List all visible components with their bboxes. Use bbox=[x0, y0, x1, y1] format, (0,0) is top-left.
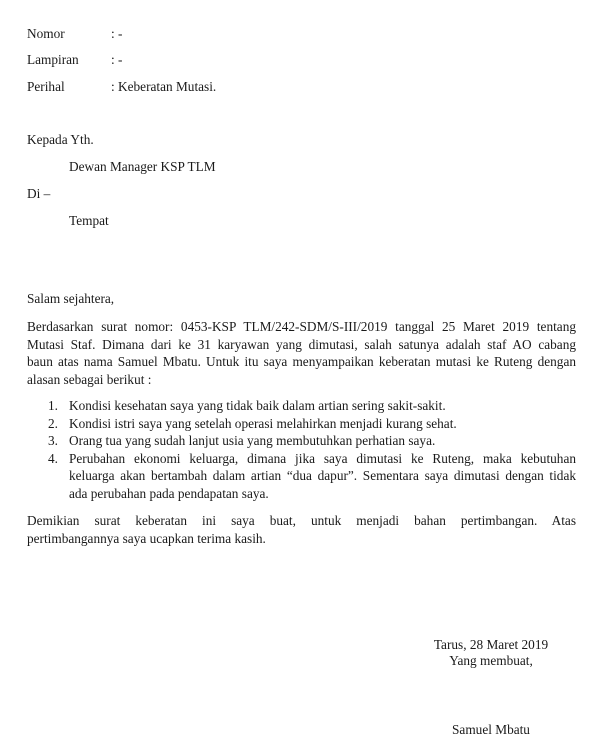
list-number: 2. bbox=[48, 415, 58, 433]
list-text: Perubahan ekonomi keluarga, dimana jika … bbox=[69, 450, 576, 468]
signature-role: Yang membuat, bbox=[380, 653, 601, 669]
closing-paragraph: Demikian surat keberatan ini saya buat, … bbox=[27, 512, 576, 547]
body-line: Berdasarkan surat nomor: 0453-KSP TLM/24… bbox=[27, 318, 576, 336]
body-line: baun atas nama Samuel Mbatu. Untuk itu s… bbox=[27, 353, 576, 371]
closing-line: pertimbangannya saya ucapkan terima kasi… bbox=[27, 530, 576, 548]
list-text: Orang tua yang sudah lanjut usia yang me… bbox=[69, 432, 576, 450]
nomor-label: Nomor bbox=[27, 26, 65, 42]
reasons-list: 1. Kondisi kesehatan saya yang tidak bai… bbox=[48, 397, 576, 502]
list-text: Kondisi kesehatan saya yang tidak baik d… bbox=[69, 397, 576, 415]
closing-line: Demikian surat keberatan ini saya buat, … bbox=[27, 512, 576, 530]
lampiran-value: : - bbox=[111, 52, 122, 68]
list-text: Kondisi istri saya yang setelah operasi … bbox=[69, 415, 576, 433]
recipient-place: Tempat bbox=[69, 213, 109, 229]
list-text: ada perubahan pada pendapatan saya. bbox=[69, 485, 576, 503]
list-item: 4. Perubahan ekonomi keluarga, dimana ji… bbox=[48, 450, 576, 503]
signature-name: Samuel Mbatu bbox=[380, 722, 601, 738]
list-number: 3. bbox=[48, 432, 58, 450]
list-number: 1. bbox=[48, 397, 58, 415]
list-item: 3. Orang tua yang sudah lanjut usia yang… bbox=[48, 432, 576, 450]
body-line: alasan sebagai berikut : bbox=[27, 371, 576, 389]
perihal-label: Perihal bbox=[27, 79, 65, 95]
recipient-di: Di – bbox=[27, 186, 50, 202]
body-paragraph: Berdasarkan surat nomor: 0453-KSP TLM/24… bbox=[27, 318, 576, 388]
signature-place-date: Tarus, 28 Maret 2019 bbox=[380, 637, 601, 653]
perihal-value: : Keberatan Mutasi. bbox=[111, 79, 216, 95]
greeting: Salam sejahtera, bbox=[27, 291, 114, 307]
recipient-name: Dewan Manager KSP TLM bbox=[69, 159, 216, 175]
list-item: 1. Kondisi kesehatan saya yang tidak bai… bbox=[48, 397, 576, 415]
list-number: 4. bbox=[48, 450, 58, 468]
body-line: Mutasi Staf. Dimana dari ke 31 karyawan … bbox=[27, 336, 576, 354]
list-text: keluarga akan bertambah dalam artian “du… bbox=[69, 467, 576, 485]
nomor-value: : - bbox=[111, 26, 122, 42]
lampiran-label: Lampiran bbox=[27, 52, 79, 68]
recipient-salutation: Kepada Yth. bbox=[27, 132, 94, 148]
list-item: 2. Kondisi istri saya yang setelah opera… bbox=[48, 415, 576, 433]
